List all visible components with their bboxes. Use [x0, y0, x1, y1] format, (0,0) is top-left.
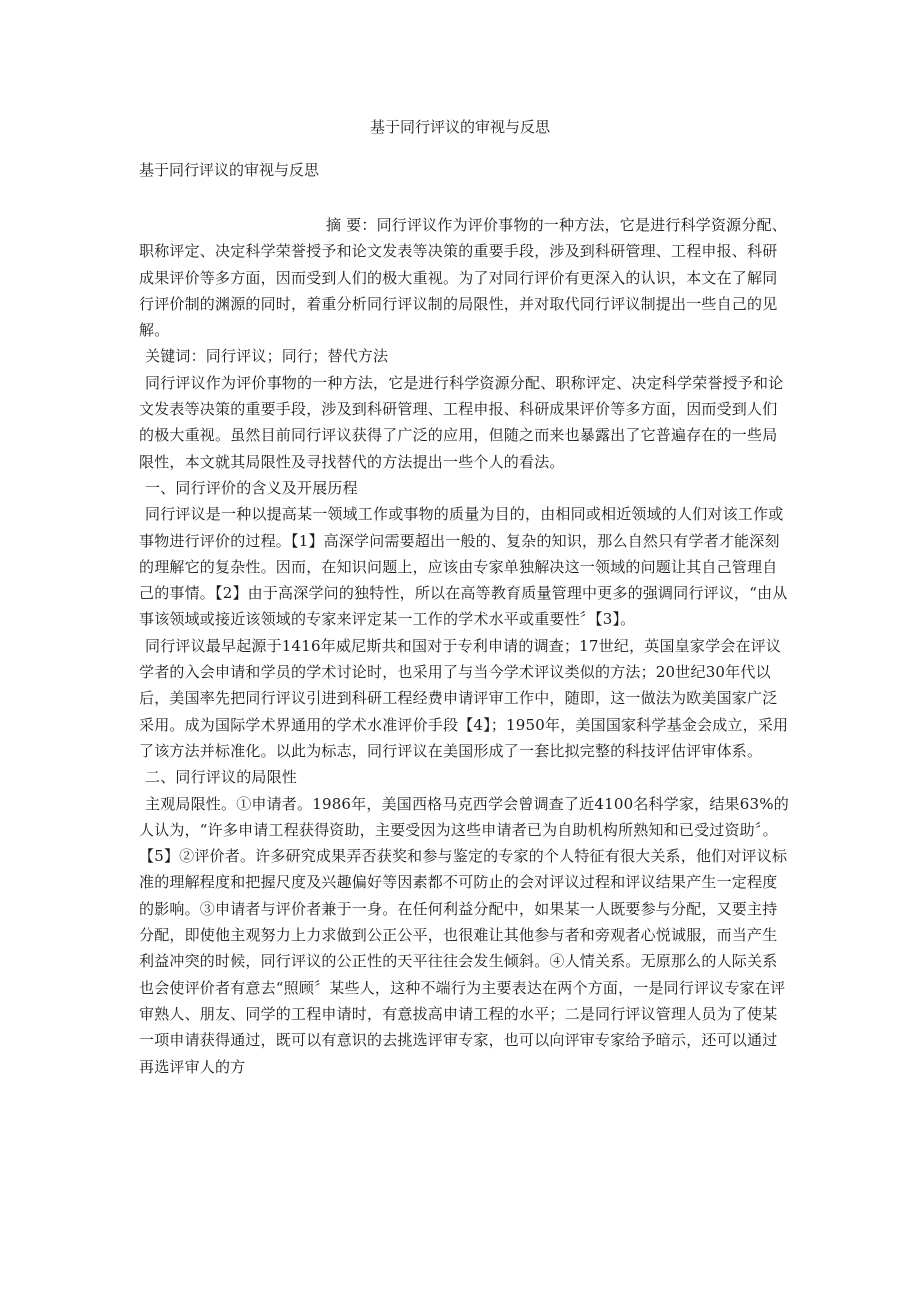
intro-paragraph: 同行评议作为评价事物的一种方法，它是进行科学资源分配、职称评定、决定科学荣誉授予…: [139, 370, 791, 475]
section1-paragraph-2: 同行评议最早起源于1416年威尼斯共和国对于专利申请的调查；17世纪，英国皇家学…: [139, 633, 791, 764]
document-title: 基于同行评议的审视与反思: [0, 117, 920, 137]
section2-paragraph-1: 主观局限性。①申请者。1986年，美国西格马克西学会曾调查了近4100名科学家，…: [139, 791, 791, 1080]
section-heading-1: 一、同行评价的含义及开展历程: [139, 475, 791, 501]
section-heading-2: 二、同行评议的局限性: [139, 764, 791, 790]
abstract-paragraph: 摘 要：同行评议作为评价事物的一种方法，它是进行科学资源分配、职称评定、决定科学…: [139, 212, 791, 343]
section1-paragraph-1: 同行评议是一种以提高某一领域工作或事物的质量为目的，由相同或相近领域的人们对该工…: [139, 501, 791, 632]
document-page: 基于同行评议的审视与反思 基于同行评议的审视与反思 摘 要：同行评议作为评价事物…: [0, 0, 920, 1302]
keywords-line: 关键词：同行评议；同行；替代方法: [139, 343, 791, 369]
document-subtitle: 基于同行评议的审视与反思: [139, 160, 319, 180]
document-body: 摘 要：同行评议作为评价事物的一种方法，它是进行科学资源分配、职称评定、决定科学…: [139, 212, 791, 1080]
